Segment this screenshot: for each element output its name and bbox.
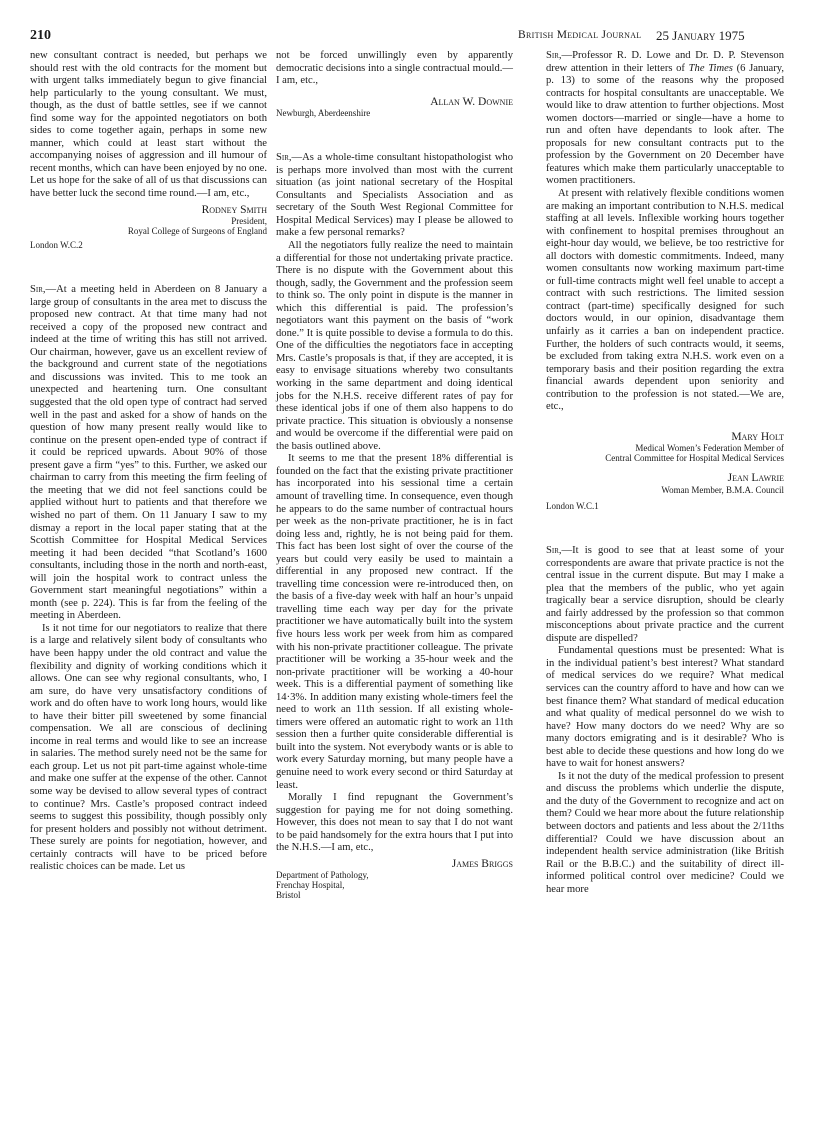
signature-affiliation: Royal College of Surgeons of England [30, 226, 267, 236]
signature-role: President, [30, 216, 267, 226]
letter-continuation: new consultant contract is needed, but p… [30, 50, 267, 201]
letter-continuation: not be forced unwillingly even by appare… [276, 50, 513, 88]
signature-name: Allan W. Downie [276, 96, 513, 109]
newspaper-title: The Times [689, 63, 733, 74]
signature-name: Mary Holt [546, 431, 784, 444]
letter-paragraph: All the negotiators fully realize the ne… [276, 240, 513, 453]
column-1: new consultant contract is needed, but p… [30, 50, 267, 874]
salutation: Sir, [546, 50, 562, 61]
signature-role: Woman Member, B.M.A. Council [546, 485, 784, 495]
salutation: Sir, [546, 545, 562, 556]
salutation: Sir, [276, 152, 292, 163]
signature-address: Bristol [276, 890, 513, 900]
signature-address: Newburgh, Aberdeenshire [276, 108, 513, 118]
signature-address: London W.C.1 [546, 501, 784, 511]
letter-paragraph: Fundamental questions must be presented:… [546, 645, 784, 770]
signature-name: Rodney Smith [30, 204, 267, 217]
letter-paragraph: Sir,—Professor R. D. Lowe and Dr. D. P. … [546, 50, 784, 188]
signature-role: Central Committee for Hospital Medical S… [546, 453, 784, 463]
letter-paragraph: Is it not time for our negotiators to re… [30, 623, 267, 874]
letter-paragraph: Sir,—It is good to see that at least som… [546, 545, 784, 645]
letter-paragraph: It seems to me that the present 18% diff… [276, 453, 513, 792]
column-3: Sir,—Professor R. D. Lowe and Dr. D. P. … [546, 50, 784, 896]
letter-paragraph: Sir,—At a meeting held in Aberdeen on 8 … [30, 284, 267, 623]
signature-address: Frenchay Hospital, [276, 880, 513, 890]
signature-role: Medical Women’s Federation Member of [546, 443, 784, 453]
page-header: 210 British Medical Journal 25 January 1… [0, 0, 816, 40]
salutation: Sir, [30, 284, 46, 295]
signature-name: James Briggs [276, 858, 513, 871]
column-2: not be forced unwillingly even by appare… [276, 50, 513, 900]
signature-address: London W.C.2 [30, 240, 267, 250]
letter-paragraph: Morally I find repugnant the Government’… [276, 792, 513, 855]
issue-date: 25 January 1975 [656, 28, 745, 44]
letter-paragraph: At present with relatively flexible cond… [546, 188, 784, 414]
signature-name: Jean Lawrie [546, 472, 784, 485]
letter-paragraph: Is it not the duty of the medical profes… [546, 771, 784, 896]
letter-paragraph: Sir,—As a whole-time consultant histopat… [276, 152, 513, 240]
signature-address: Department of Pathology, [276, 870, 513, 880]
journal-title: British Medical Journal [518, 29, 641, 41]
page-number: 210 [30, 28, 51, 44]
